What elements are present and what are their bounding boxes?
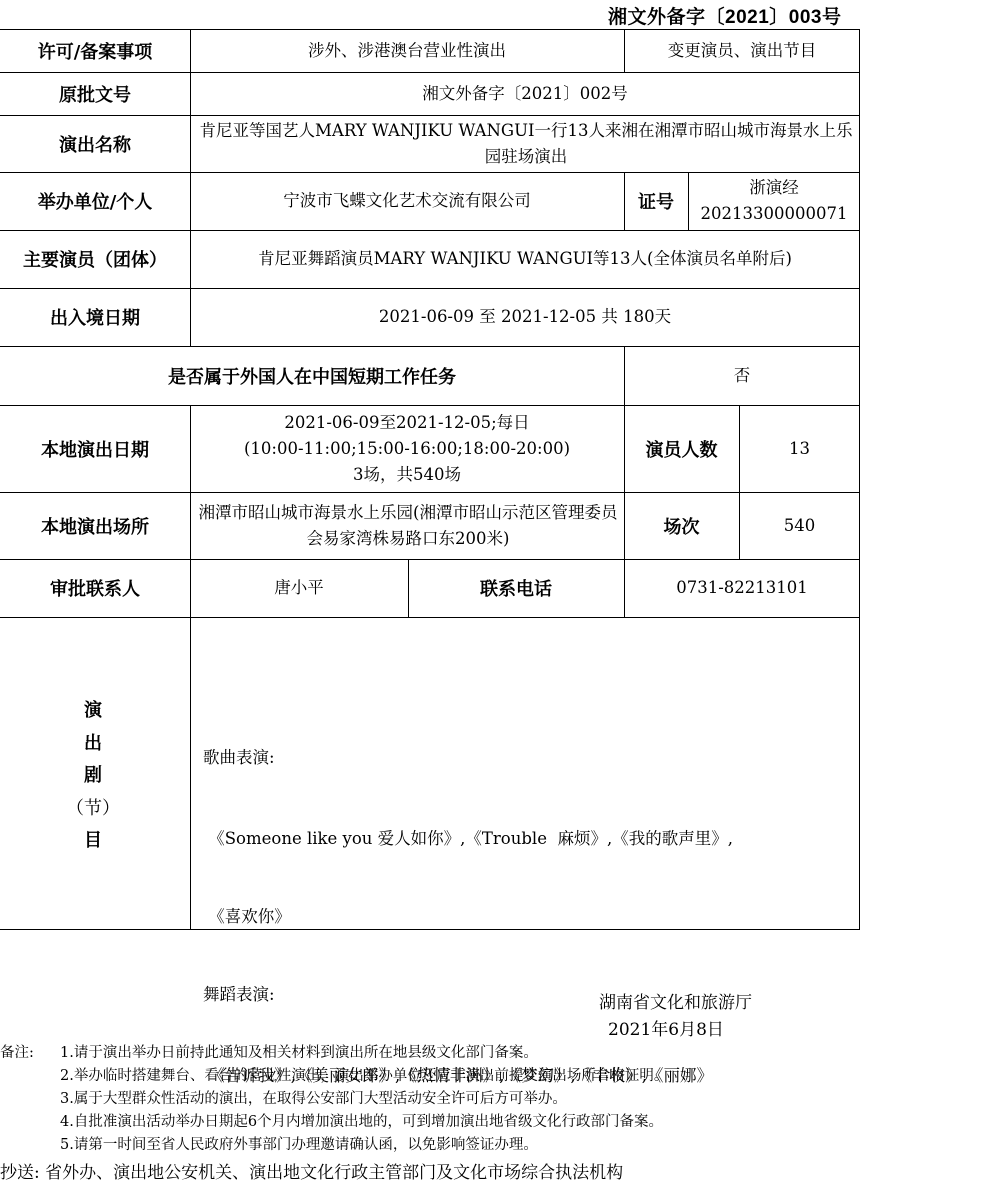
note-item: 3.属于大型群众性活动的演出，在取得公安部门大型活动安全许可后方可举办。 bbox=[0, 1088, 668, 1111]
label-main-performers: 主要演员（团体） bbox=[0, 230, 190, 288]
value-local-venue: 湘潭市昭山城市海景水上乐园(湘潭市昭山示范区管理委员会易家湾株易路口东200米) bbox=[198, 492, 618, 559]
value-cert-no: 浙演经 20213300000071 bbox=[692, 172, 856, 230]
label-performer-count: 演员人数 bbox=[624, 405, 739, 492]
note-item: 5.请第一时间至省人民政府外事部门办理邀请确认函，以免影响签证办理。 bbox=[0, 1134, 668, 1157]
program-label-char: 剧 bbox=[60, 760, 126, 793]
value-change-type: 变更演员、演出节目 bbox=[624, 29, 860, 72]
notes-section: 备注:1.请于演出举办日前持此通知及相关材料到演出所在地县级文化部门备案。 2.… bbox=[0, 1042, 668, 1157]
label-organizer: 举办单位/个人 bbox=[0, 172, 190, 230]
label-short-term-work: 是否属于外国人在中国短期工作任务 bbox=[0, 346, 624, 405]
show-dates-line-3: 3场，共540场 bbox=[353, 462, 461, 488]
note-item: 2.举办临时搭建舞台、看台的营业性演出，演出举办单位还应于演出前提交演出场所合格… bbox=[0, 1065, 668, 1088]
carbon-copy-list: 抄送: 省外办、演出地公安机关、演出地文化行政主管部门及文化市场综合执法机构 bbox=[0, 1158, 623, 1183]
value-approval-contact: 唐小平 bbox=[190, 559, 408, 617]
program-label-char: 出 bbox=[60, 728, 126, 761]
label-permit-item: 许可/备案事项 bbox=[0, 29, 190, 72]
value-main-performers: 肯尼亚舞蹈演员MARY WANJIKU WANGUI等13人(全体演员名单附后) bbox=[190, 230, 860, 288]
issue-date: 2021年6月8日 bbox=[608, 1015, 724, 1040]
value-short-term-work: 否 bbox=[624, 346, 860, 405]
label-entry-exit-dates: 出入境日期 bbox=[0, 288, 190, 346]
program-label-char: 目 bbox=[60, 825, 126, 858]
value-performer-count: 13 bbox=[739, 405, 860, 492]
program-line-song-heading: 歌曲表演: bbox=[203, 744, 733, 771]
value-contact-phone: 0731-82213101 bbox=[624, 559, 860, 617]
label-cert-no: 证号 bbox=[624, 172, 688, 230]
value-show-count: 540 bbox=[739, 492, 860, 559]
value-original-doc: 湘文外备字〔2021〕002号 bbox=[190, 72, 860, 115]
value-organizer: 宁波市飞蝶文化艺术交流有限公司 bbox=[190, 172, 624, 230]
note-item: 4.自批准演出活动举办日期起6个月内增加演出地的，可到增加演出地省级文化行政部门… bbox=[0, 1111, 668, 1134]
program-label-char: （节） bbox=[60, 793, 126, 826]
label-local-show-dates: 本地演出日期 bbox=[0, 405, 190, 492]
label-show-count: 场次 bbox=[624, 492, 739, 559]
label-local-venue: 本地演出场所 bbox=[0, 492, 190, 559]
label-show-name: 演出名称 bbox=[0, 115, 190, 172]
value-entry-exit-dates: 2021-06-09 至 2021-12-05 共 180天 bbox=[190, 288, 860, 346]
label-approval-contact: 审批联系人 bbox=[0, 559, 190, 617]
program-line-songs-2: 《喜欢你》 bbox=[203, 903, 733, 930]
show-dates-line-2: (10:00-11:00;15:00-16:00;18:00-20:00) bbox=[244, 436, 570, 462]
program-line-songs-1: 《Someone like you 爱人如你》,《Trouble 麻烦》,《我的… bbox=[203, 825, 733, 852]
label-original-doc: 原批文号 bbox=[0, 72, 190, 115]
program-label-char: 演 bbox=[60, 695, 126, 728]
notes-label: 备注: bbox=[0, 1042, 60, 1065]
document-number: 湘文外备字〔2021〕003号 bbox=[608, 2, 841, 29]
value-show-name: 肯尼亚等国艺人MARY WANJIKU WANGUI一行13人来湘在湘潭市昭山城… bbox=[198, 115, 854, 172]
note-item: 1.请于演出举办日前持此通知及相关材料到演出所在地县级文化部门备案。 bbox=[60, 1045, 538, 1061]
label-contact-phone: 联系电话 bbox=[408, 559, 624, 617]
label-program: 演 出 剧 （节） 目 bbox=[60, 695, 126, 858]
value-permit-item: 涉外、涉港澳台营业性演出 bbox=[190, 29, 624, 72]
issuing-authority: 湖南省文化和旅游厅 bbox=[599, 988, 752, 1013]
value-local-show-dates: 2021-06-09至2021-12-05;每日 (10:00-11:00;15… bbox=[190, 405, 624, 492]
show-dates-line-1: 2021-06-09至2021-12-05;每日 bbox=[284, 410, 529, 436]
